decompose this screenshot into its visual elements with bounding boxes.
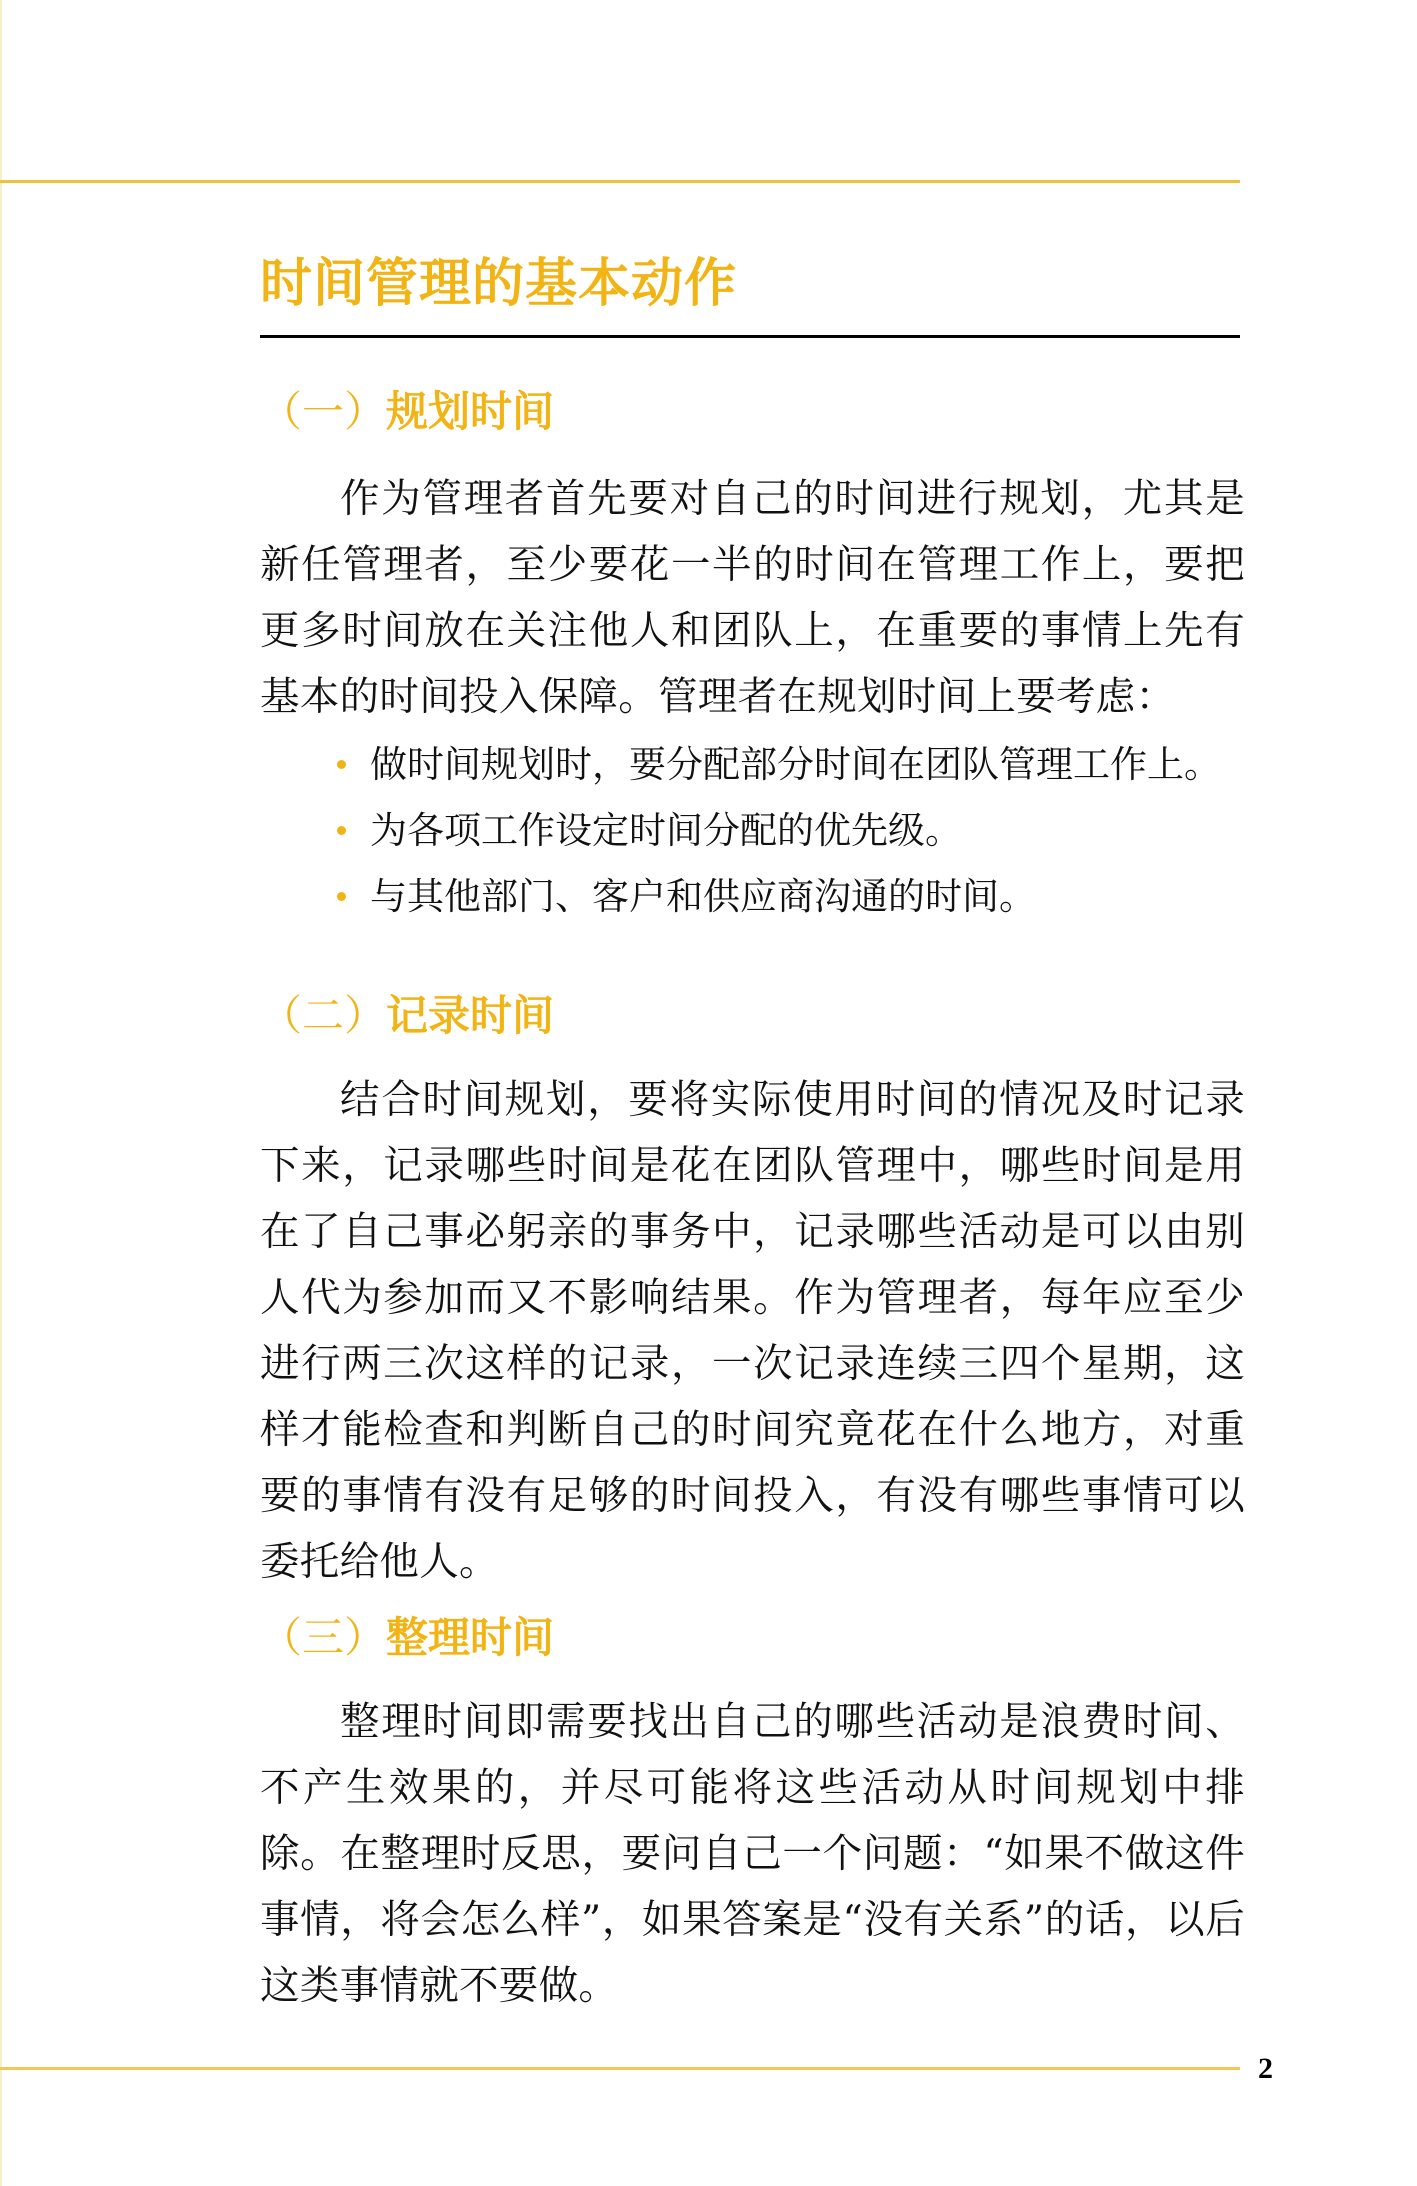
title-underline [260, 335, 1240, 338]
list-item: 与其他部门、客户和供应商沟通的时间。 [336, 864, 1221, 930]
bullet-text: 为各项工作设定时间分配的优先级。 [370, 809, 962, 852]
bullet-list-plan: 做时间规划时，要分配部分时间在团队管理工作上。 为各项工作设定时间分配的优先级。… [336, 732, 1221, 930]
bullet-text: 与其他部门、客户和供应商沟通的时间。 [370, 875, 1036, 918]
footer-rule [0, 2067, 1240, 2070]
page-title: 时间管理的基本动作 [260, 252, 737, 316]
page-number: 2 [1258, 2052, 1273, 2086]
header-rule [0, 180, 1240, 183]
left-margin-rule [0, 0, 2, 2186]
section-title: 整理时间 [386, 1613, 554, 1662]
section-heading-organize: （三）整理时间 [260, 1610, 554, 1666]
bullet-dot-icon [337, 826, 346, 835]
section-paragraph-record: 结合时间规划，要将实际使用时间的情况及时记录下来，记录哪些时间是花在团队管理中，… [260, 1067, 1245, 1595]
section-paragraph-plan: 作为管理者首先要对自己的时间进行规划，尤其是新任管理者，至少要花一半的时间在管理… [260, 466, 1245, 730]
section-paragraph-organize: 整理时间即需要找出自己的哪些活动是浪费时间、不产生效果的，并尽可能将这些活动从时… [260, 1689, 1245, 2019]
section-heading-record: （二）记录时间 [260, 988, 554, 1044]
bullet-dot-icon [337, 760, 346, 769]
list-item: 为各项工作设定时间分配的优先级。 [336, 798, 1221, 864]
section-number: （二） [260, 991, 386, 1040]
section-number: （一） [260, 387, 386, 436]
section-title: 记录时间 [386, 991, 554, 1040]
section-number: （三） [260, 1613, 386, 1662]
section-title: 规划时间 [386, 387, 554, 436]
bullet-text: 做时间规划时，要分配部分时间在团队管理工作上。 [370, 743, 1221, 786]
list-item: 做时间规划时，要分配部分时间在团队管理工作上。 [336, 732, 1221, 798]
section-heading-plan: （一）规划时间 [260, 384, 554, 440]
bullet-dot-icon [337, 892, 346, 901]
